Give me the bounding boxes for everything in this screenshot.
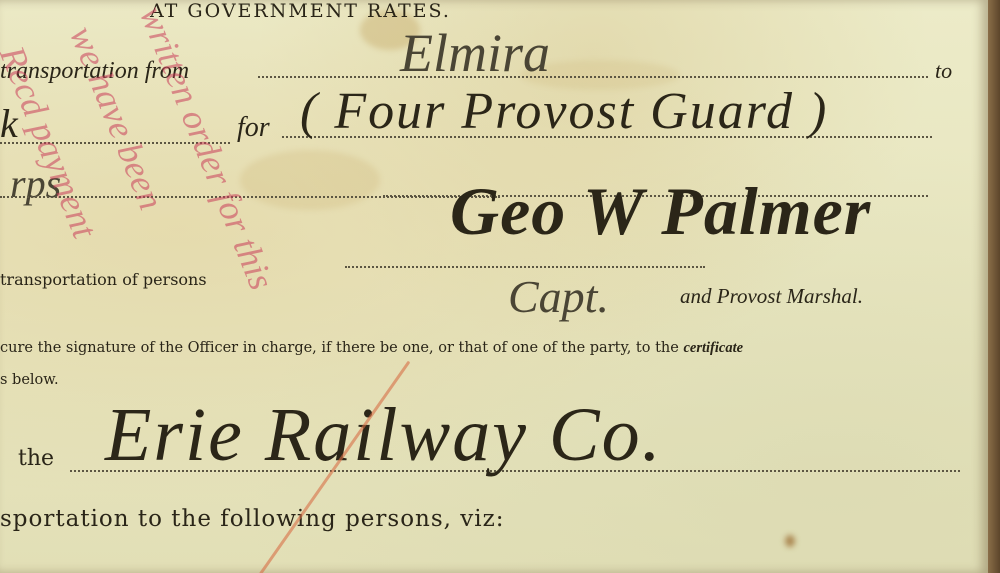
label-to: to — [935, 58, 952, 84]
label-for: for — [237, 112, 270, 144]
handwritten-rank: Capt. — [508, 270, 609, 323]
paper-edge-shadow — [988, 0, 1000, 573]
red-ink-annotation-3: written order for this — [131, 0, 283, 295]
handwritten-from-place: Elmira — [400, 22, 550, 84]
signature-line — [345, 266, 705, 268]
label-following-persons: sportation to the following persons, viz… — [0, 506, 505, 532]
instruction-certificate-word: certificate — [683, 340, 743, 356]
ink-spot — [785, 535, 795, 547]
handwritten-railway-company: Erie Railway Co. — [105, 392, 663, 479]
handwritten-party-description: ( Four Provost Guard ) — [300, 82, 828, 141]
form-header-title: AT GOVERNMENT RATES. — [150, 0, 451, 22]
from-field-line — [258, 76, 928, 78]
instruction-text-line2: s below. — [0, 372, 59, 388]
water-stain — [240, 150, 380, 210]
handwritten-signature: Geo W Palmer — [450, 172, 871, 251]
instruction-text-line1: cure the signature of the Officer in cha… — [0, 340, 743, 357]
label-provost-marshal: and Provost Marshal. — [680, 284, 863, 309]
instruction-text: cure the signature of the Officer in cha… — [0, 340, 683, 356]
label-the: the — [18, 446, 54, 471]
document-paper: AT GOVERNMENT RATES. transportation from… — [0, 0, 988, 573]
label-transportation-of-persons: transportation of persons — [0, 270, 207, 289]
